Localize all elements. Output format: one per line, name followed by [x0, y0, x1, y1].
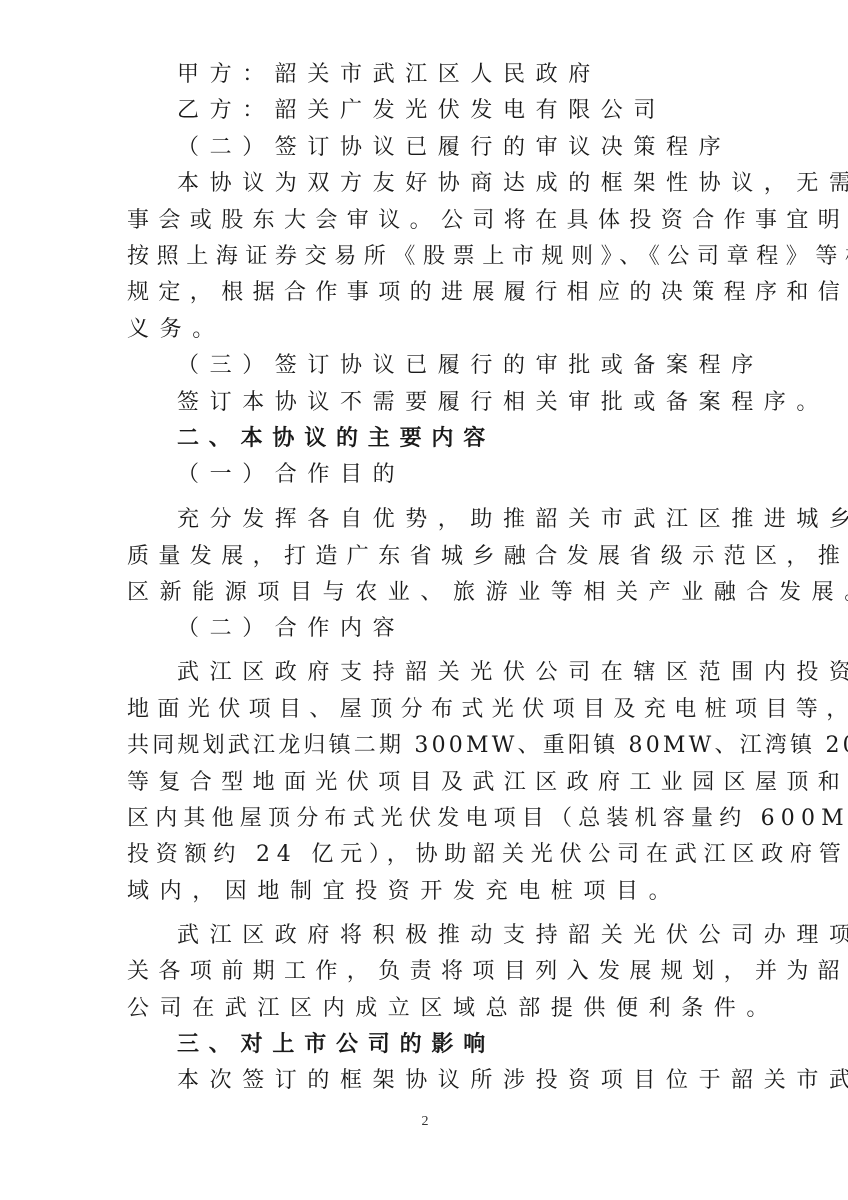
- paragraph-line: 本次签订的框架协议所涉投资项目位于韶关市武江区。: [177, 1064, 777, 1098]
- paragraph-line: 充分发挥各自优势，助推韶关市武江区推进城乡融合高: [177, 503, 777, 537]
- paragraph-line: 公司在武江区内成立区域总部提供便利条件。: [127, 992, 727, 1026]
- party-a-line: 甲方：韶关市武江区人民政府: [177, 58, 777, 92]
- paragraph-line: 按照上海证券交易所《股票上市规则》、《公司章程》等相关: [127, 240, 727, 274]
- paragraph-line: 义务。: [127, 313, 727, 347]
- page-number: 2: [418, 1112, 432, 1132]
- paragraph-line: 规定，根据合作事项的进展履行相应的决策程序和信息披露: [127, 276, 727, 310]
- paragraph-line: 等复合型地面光伏项目及武江区政府工业园区屋顶和管辖: [127, 766, 727, 800]
- paragraph-line: 区内其他屋顶分布式光伏发电项目（总装机容量约 600MW，: [127, 802, 727, 836]
- paragraph-line: 地面光伏项目、屋顶分布式光伏项目及充电桩项目等，包括：: [127, 693, 727, 727]
- subsection-heading: （三）签订协议已履行的审批或备案程序: [177, 349, 777, 383]
- subsection-heading: （二）合作内容: [177, 612, 777, 646]
- paragraph-line: 关各项前期工作，负责将项目列入发展规划，并为韶关光伏: [127, 955, 727, 989]
- paragraph-line: 域内，因地制宜投资开发充电桩项目。: [127, 875, 727, 909]
- paragraph-line: 区新能源项目与农业、旅游业等相关产业融合发展。: [127, 576, 727, 610]
- paragraph-line: 武江区政府支持韶关光伏公司在辖区范围内投资开发: [177, 656, 777, 690]
- paragraph-line: 投资额约 24 亿元），协助韶关光伏公司在武江区政府管辖区: [127, 838, 727, 872]
- subsection-heading: （一）合作目的: [177, 458, 777, 492]
- section-heading: 三、对上市公司的影响: [177, 1028, 777, 1062]
- paragraph-line: 质量发展，打造广东省城乡融合发展省级示范区，推动武江: [127, 540, 727, 574]
- paragraph-line: 共同规划武江龙归镇二期 300MW、重阳镇 80MW、江湾镇 200MW: [127, 729, 727, 763]
- party-b-line: 乙方：韶关广发光伏发电有限公司: [177, 94, 777, 128]
- section-heading: 二、本协议的主要内容: [177, 422, 777, 456]
- paragraph-line: 签订本协议不需要履行相关审批或备案程序。: [177, 386, 777, 420]
- paragraph-line: 事会或股东大会审议。公司将在具体投资合作事宜明确后，: [127, 204, 727, 238]
- paragraph-line: 武江区政府将积极推动支持韶关光伏公司办理项目相: [177, 919, 777, 953]
- paragraph-line: 本协议为双方友好协商达成的框架性协议，无需提交董: [177, 167, 777, 201]
- subsection-heading: （二）签订协议已履行的审议决策程序: [177, 131, 777, 165]
- document-page: 甲方：韶关市武江区人民政府 乙方：韶关广发光伏发电有限公司 （二）签订协议已履行…: [0, 0, 848, 1200]
